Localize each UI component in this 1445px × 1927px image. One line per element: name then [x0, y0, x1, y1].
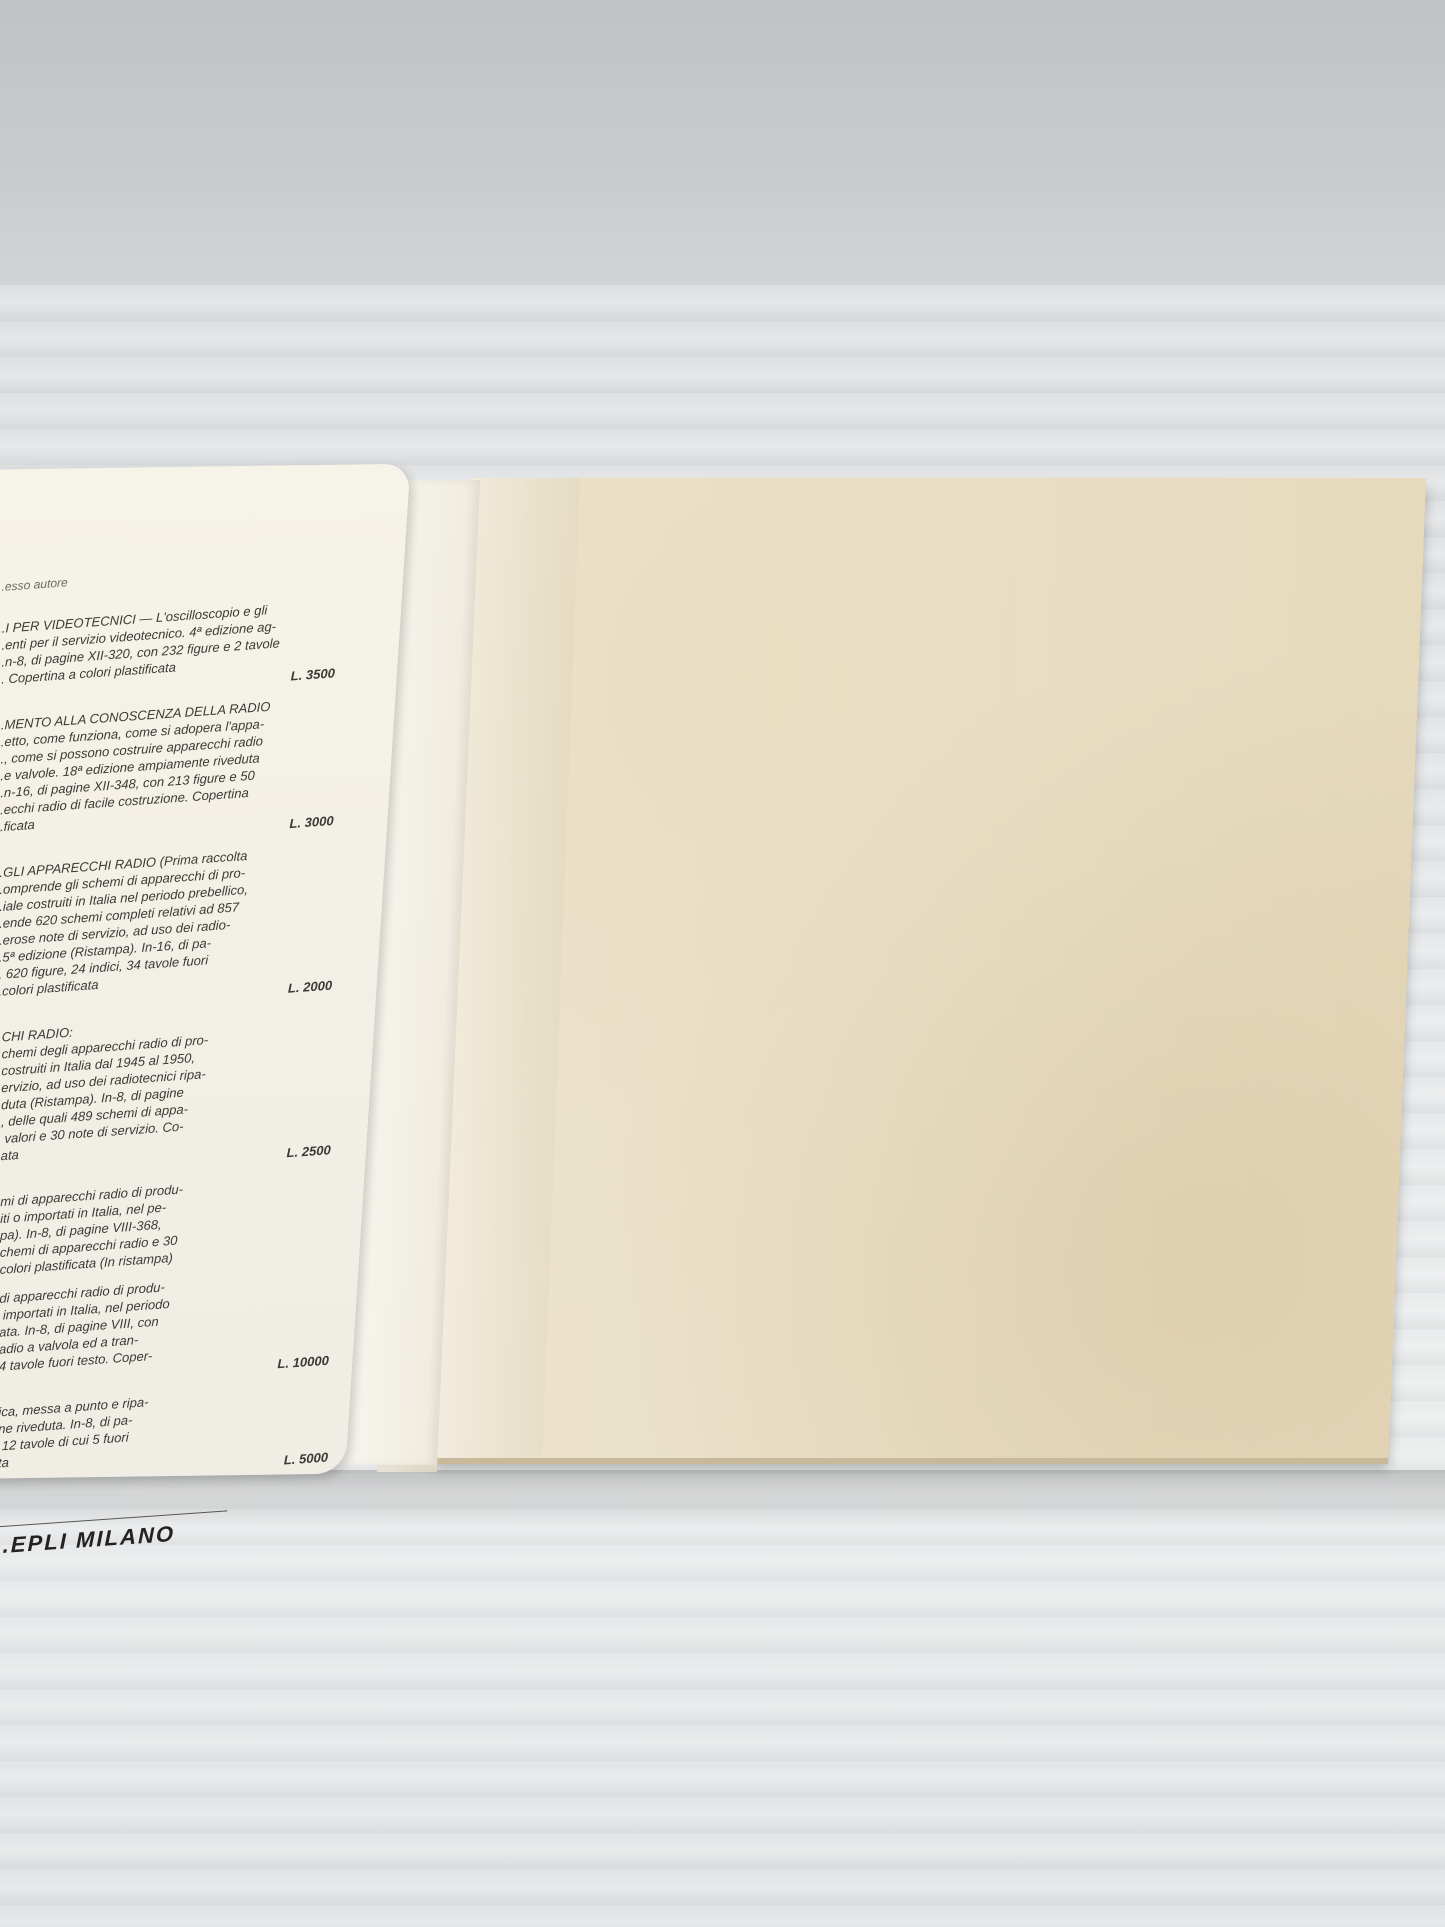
book-entry: ...MENTO ALLA CONOSCENZA DELLA RADIO ...… [0, 693, 335, 852]
dust-jacket-flap: ...esso autore ...I PER VIDEOTECNICI — L… [0, 464, 410, 1480]
book-entry: ...ica, messa a punto e ripa- ...ne rive… [0, 1381, 329, 1490]
background-wall [0, 0, 1445, 300]
book-entry: ...CHI RADIO: ...chemi degli apparecchi … [0, 1006, 332, 1182]
book-entry: ...GLI APPARECCHI RADIO (Prima raccolta … [0, 841, 333, 1017]
flap-heading: ...esso autore [0, 556, 336, 597]
book-entry: ...I PER VIDEOTECNICI — L'oscilloscopio … [0, 597, 336, 706]
book-entry: ...mi di apparecchi radio di produ- ...i… [0, 1170, 331, 1279]
cover-showthrough-text [757, 768, 1079, 808]
book-back-cover [432, 478, 1426, 1458]
flap-book-list: ...esso autore ...I PER VIDEOTECNICI — L… [0, 556, 336, 1555]
book-entry: ...di apparecchi radio di produ- ... imp… [0, 1267, 330, 1392]
